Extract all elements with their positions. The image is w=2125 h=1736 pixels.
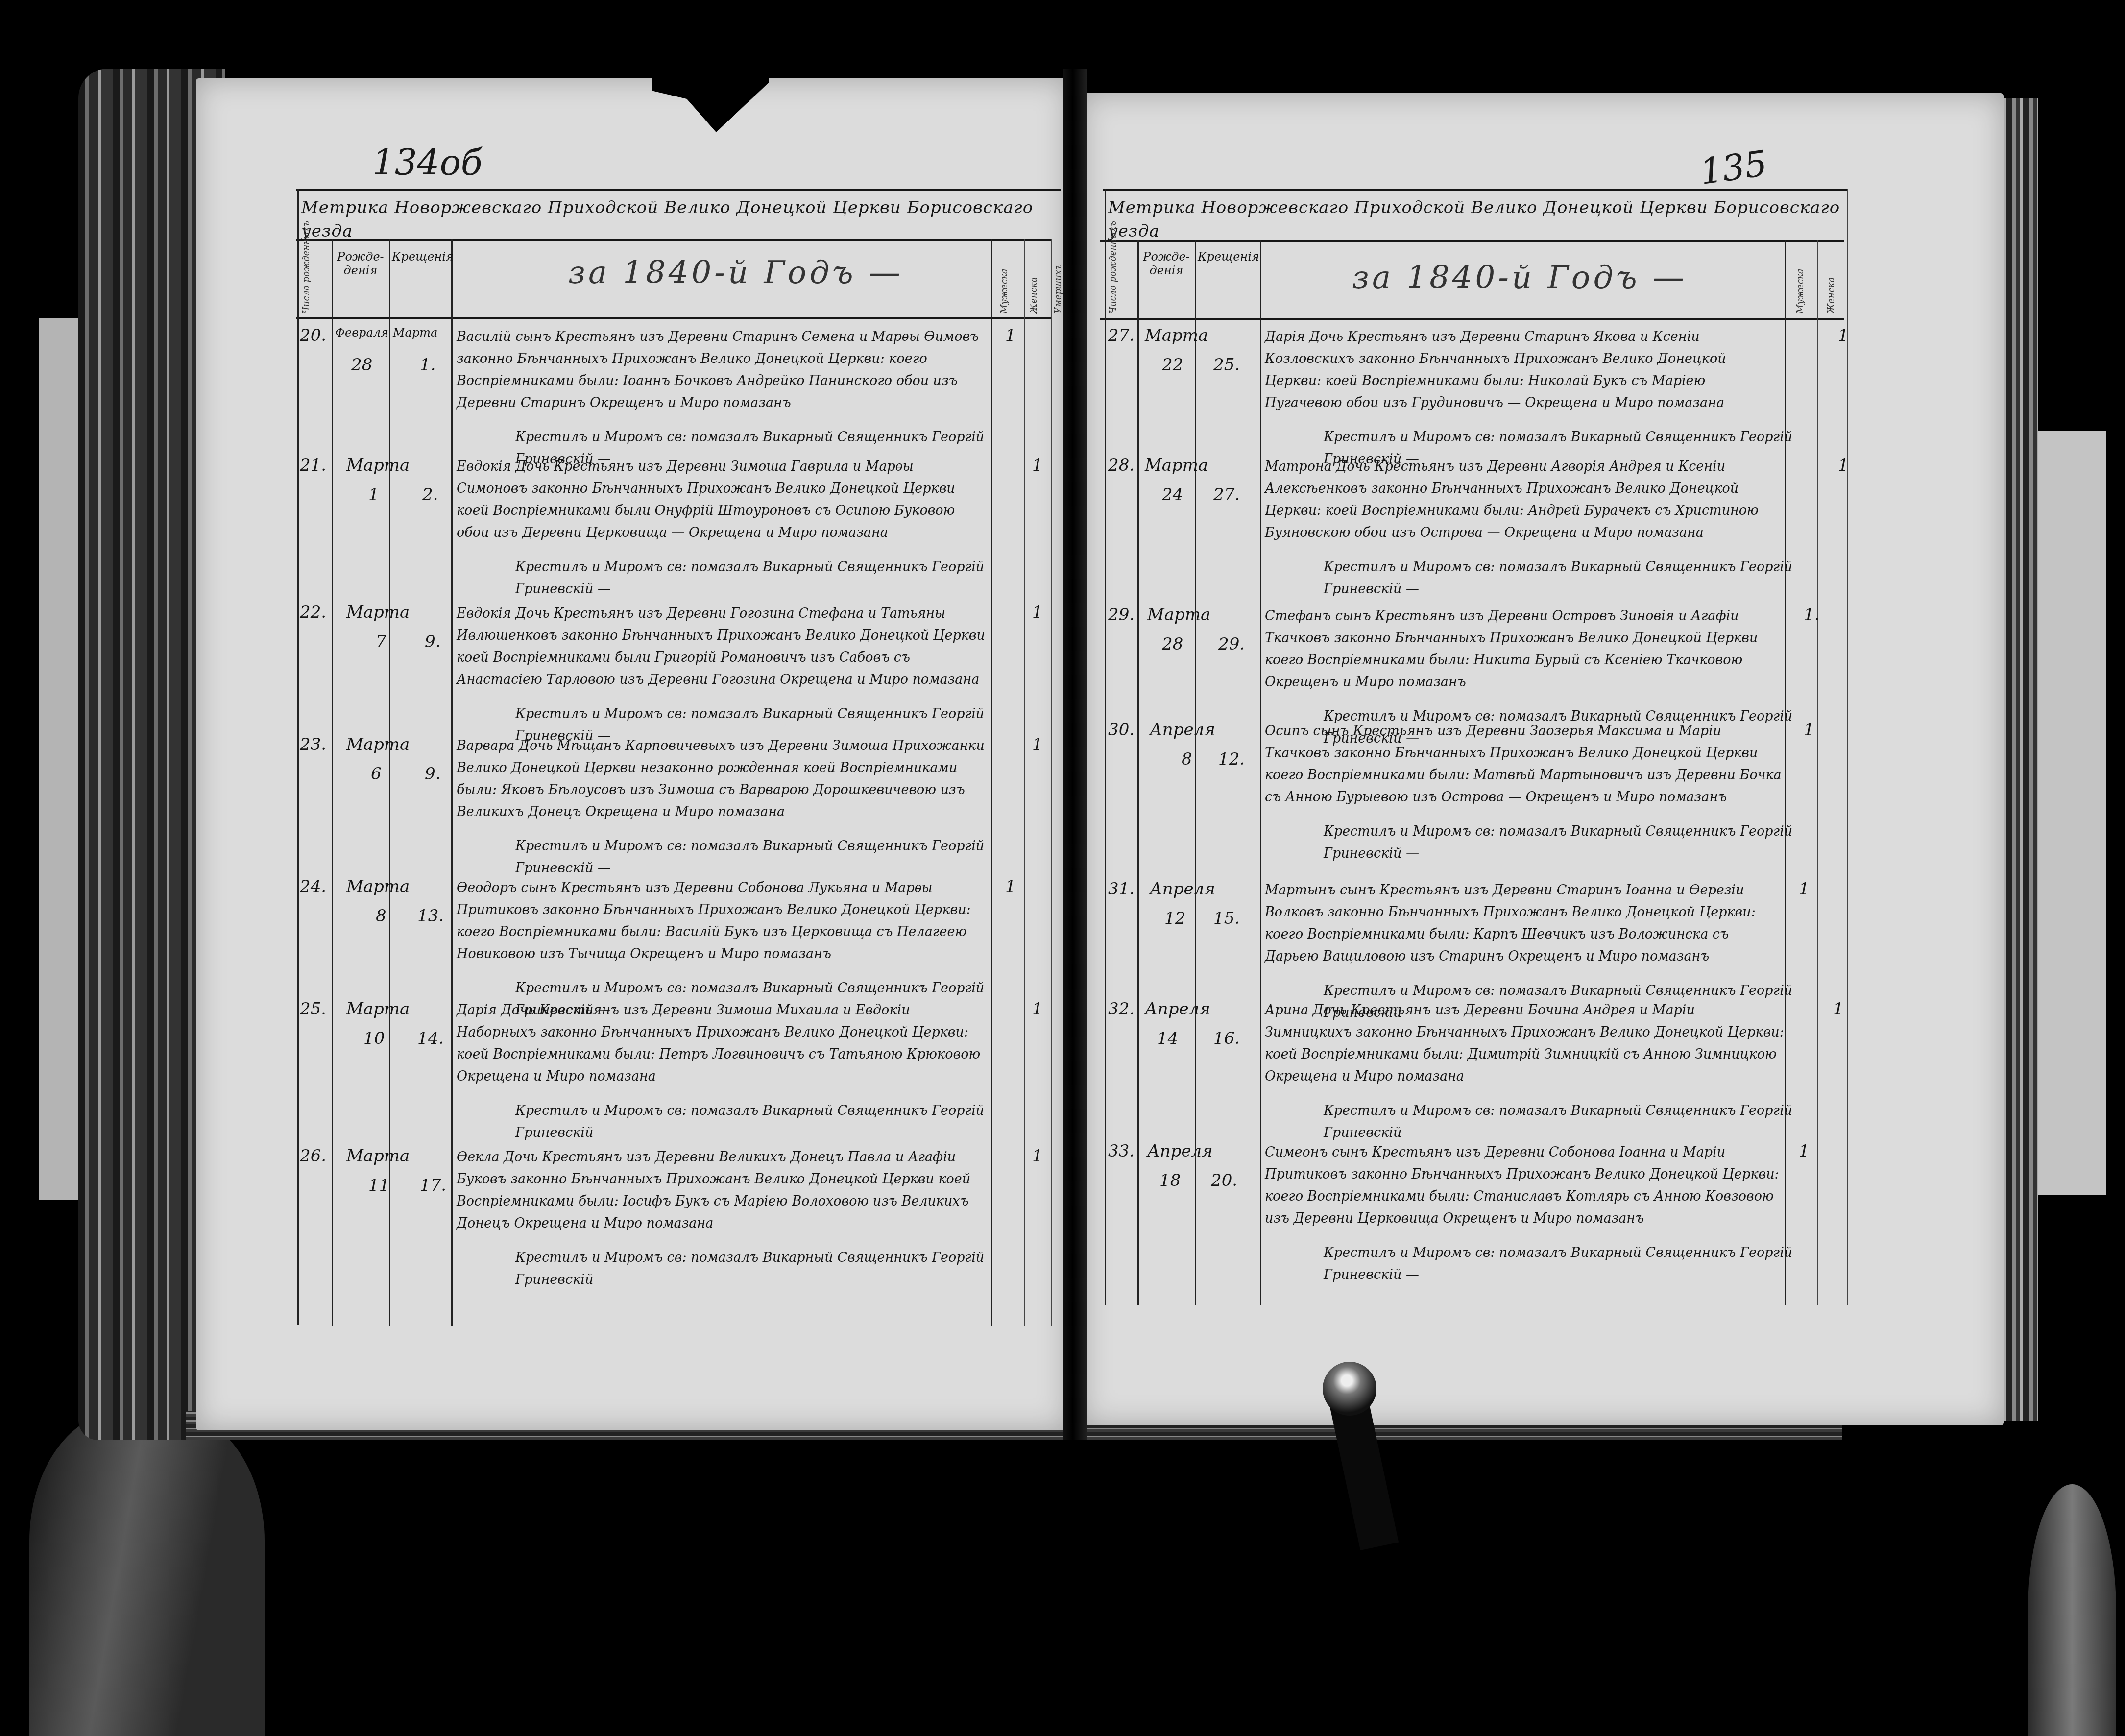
register-entry-field: 1 (1032, 603, 1043, 622)
register-entry-field: 1 (1838, 326, 1849, 345)
register-entry-field: Симеонъ сынъ Крестьянъ изъ Деревни Собон… (1265, 1141, 1784, 1230)
register-entry-field: Дарія Дочь Крестьянъ изъ Деревни Зимоша … (457, 999, 986, 1087)
year-heading-right: за 1840-й Годъ — (1352, 260, 1687, 296)
register-entry-field: Крестилъ и Миромъ св: помазалъ Викарный … (1265, 1242, 1833, 1286)
register-entry-field: Апреля (1150, 720, 1215, 740)
register-entry-field: Арина Дочь Крестьянъ изъ Деревни Бочина … (1265, 999, 1784, 1087)
register-entry-field: 1 (368, 485, 379, 505)
register-entry-field: 17. (420, 1176, 446, 1195)
register-entry-field: 27. (1213, 485, 1240, 505)
register-entry-field: 30. (1108, 720, 1135, 740)
register-entry-field: Марта (1145, 456, 1208, 475)
register-entry-field: 14. (417, 1029, 444, 1048)
binding-clasp-icon (1323, 1362, 1376, 1416)
register-entry-field: Евдокія Дочь Крестьянъ изъ Деревни Гогоз… (457, 603, 986, 691)
column-header-male: Мужеска (1795, 245, 1806, 313)
register-entry-field: 9. (425, 632, 440, 651)
register-entry-field: 1 (1032, 456, 1043, 475)
register-entry-field: 24 (1162, 485, 1183, 505)
register-entry-field: 25. (300, 999, 326, 1019)
register-entry-field: 22 (1162, 355, 1183, 375)
column-header-female: Женска (1029, 245, 1039, 313)
register-entry-field: 20. (300, 326, 326, 345)
register-entry-field: Марта (393, 326, 437, 339)
register-entry-field: Марта (346, 603, 410, 622)
register-entry-field: 8 (1182, 749, 1192, 769)
register-entry-field: 10 (363, 1029, 385, 1048)
register-entry-field: 22. (300, 603, 326, 622)
register-entry-field: Осипъ сынъ Крестьянъ изъ Деревни Заозерь… (1265, 720, 1784, 808)
register-entry-field: 1. (1804, 605, 1819, 625)
register-entry-field: Марта (1147, 605, 1210, 625)
register-entry-field: 20. (1211, 1171, 1237, 1190)
register-entry-field: 12 (1164, 909, 1185, 928)
register-entry-field: Евдокія Дочь Крестьянъ изъ Деревни Зимош… (457, 456, 986, 544)
register-entry-field: Крестилъ и Миромъ св: помазалъ Викарный … (457, 1100, 1035, 1144)
column-header-baptized: Крещенія (1198, 250, 1257, 264)
register-entry-field: 7 (376, 632, 386, 651)
register-entry-field: Мартынъ сынъ Крестьянъ изъ Деревни Стари… (1265, 879, 1784, 967)
register-entry-field: Крестилъ и Миромъ св: помазалъ Викарный … (1265, 1100, 1833, 1144)
register-entry-field: Крестилъ и Миромъ св: помазалъ Викарный … (1265, 820, 1833, 865)
register-entry-field: 28 (1162, 634, 1183, 654)
register-entry-field: 1 (1799, 1141, 1810, 1161)
register-entry-field: 32. (1108, 999, 1135, 1019)
register-entry-field: 23. (300, 735, 326, 754)
register-entry-field: Василій сынъ Крестьянъ изъ Деревни Стари… (457, 326, 986, 414)
register-entry-field: 1 (1032, 999, 1043, 1019)
register-entry-field: 13. (417, 906, 444, 926)
register-entry-field: 27. (1108, 326, 1135, 345)
register-entry-field: 1 (1833, 999, 1844, 1019)
register-entry-field: Дарія Дочь Крестьянъ изъ Деревни Старинъ… (1265, 326, 1784, 414)
register-entry-field: Крестилъ и Миромъ св: помазалъ Викарный … (457, 556, 1035, 600)
year-heading-left: за 1840-й Годъ — (568, 255, 903, 291)
register-entry-field: Апреля (1145, 999, 1210, 1019)
column-header-male: Мужеска (999, 245, 1010, 313)
register-entry-field: 1 (1005, 877, 1016, 896)
register-entry-field: 1 (1838, 456, 1849, 475)
register-entry-field: 1 (1799, 879, 1810, 899)
register-entry-field: 18 (1159, 1171, 1181, 1190)
register-entry-field: 14 (1157, 1029, 1178, 1048)
register-entry-field: Крестилъ и Миромъ св: помазалъ Викарный … (457, 1247, 1035, 1291)
register-entry-field: 16. (1213, 1029, 1240, 1048)
register-entry-field: 33. (1108, 1141, 1135, 1161)
register-entry-field: 1 (1005, 326, 1016, 345)
register-entry-field: 1 (1032, 735, 1043, 754)
register-entry-field: 12. (1218, 749, 1245, 769)
folio-number-left: 134об (372, 142, 483, 183)
register-entry-field: Матрона Дочь Крестьянъ изъ Деревни Агвор… (1265, 456, 1784, 544)
column-header-number: Число рожденныхъ (301, 245, 312, 313)
register-entry-field: 21. (300, 456, 326, 475)
column-header-born: Рожде-денія (1140, 250, 1193, 277)
register-entry-field: Марта (346, 999, 410, 1019)
register-entry-field: 11 (368, 1176, 389, 1195)
column-header-born: Рожде-денія (334, 250, 387, 277)
register-entry-field: 1 (1804, 720, 1814, 740)
hand-holding-book-left (29, 1411, 265, 1736)
register-entry-field: Апреля (1150, 879, 1215, 899)
register-entry-field: Марта (346, 735, 410, 754)
register-entry-field: 29. (1108, 605, 1135, 625)
register-title-left: Метрика Новоржевскаго Приходской Велико … (301, 196, 1056, 243)
column-header-female: Женска (1826, 245, 1836, 313)
register-entry-field: Марта (346, 456, 410, 475)
register-entry-field: 8 (376, 906, 386, 926)
register-entry-field: 15. (1213, 909, 1240, 928)
register-entry-field: 29. (1218, 634, 1245, 654)
register-entry-field: Варвара Дочь Мѣщанъ Карповичевыхъ изъ Де… (457, 735, 986, 823)
register-entry-field: 25. (1213, 355, 1240, 375)
hand-holding-book-right (2028, 1484, 2116, 1736)
register-title-right: Метрика Новоржевскаго Приходской Велико … (1108, 196, 1843, 243)
register-entry-field: Марта (1145, 326, 1208, 345)
register-entry-field: 9. (425, 764, 440, 784)
register-entry-field: 1 (1032, 1146, 1043, 1166)
register-entry-field: 26. (300, 1146, 326, 1166)
column-header-number: Число рожденныхъ (1108, 245, 1118, 313)
register-entry-field: 24. (300, 877, 326, 896)
register-entry-field: Ѳекла Дочь Крестьянъ изъ Деревни Великих… (457, 1146, 986, 1234)
register-entry-field: 28 (351, 355, 372, 375)
register-entry-field: 31. (1108, 879, 1135, 899)
register-entry-field: 1. (420, 355, 435, 375)
register-entry-field: Марта (346, 1146, 410, 1166)
register-entry-field: 28. (1108, 456, 1135, 475)
register-entry-field: Стефанъ сынъ Крестьянъ изъ Деревни Остро… (1265, 605, 1784, 693)
register-entry-field: Крестилъ и Миромъ св: помазалъ Викарный … (457, 835, 1035, 879)
column-header-deceased: Умершихъ (1053, 245, 1063, 313)
register-entry-field: 6 (371, 764, 382, 784)
book-gutter (1063, 69, 1087, 1440)
column-header-baptized: Крещенія (392, 250, 450, 264)
register-entry-field: Апреля (1147, 1141, 1213, 1161)
register-entry-field: Ѳеодоръ сынъ Крестьянъ изъ Деревни Собон… (457, 877, 986, 965)
register-entry-field: 2. (422, 485, 438, 505)
register-entry-field: Марта (346, 877, 410, 896)
register-entry-field: Февраля (335, 326, 388, 339)
register-entry-field: Крестилъ и Миромъ св: помазалъ Викарный … (1265, 556, 1833, 600)
